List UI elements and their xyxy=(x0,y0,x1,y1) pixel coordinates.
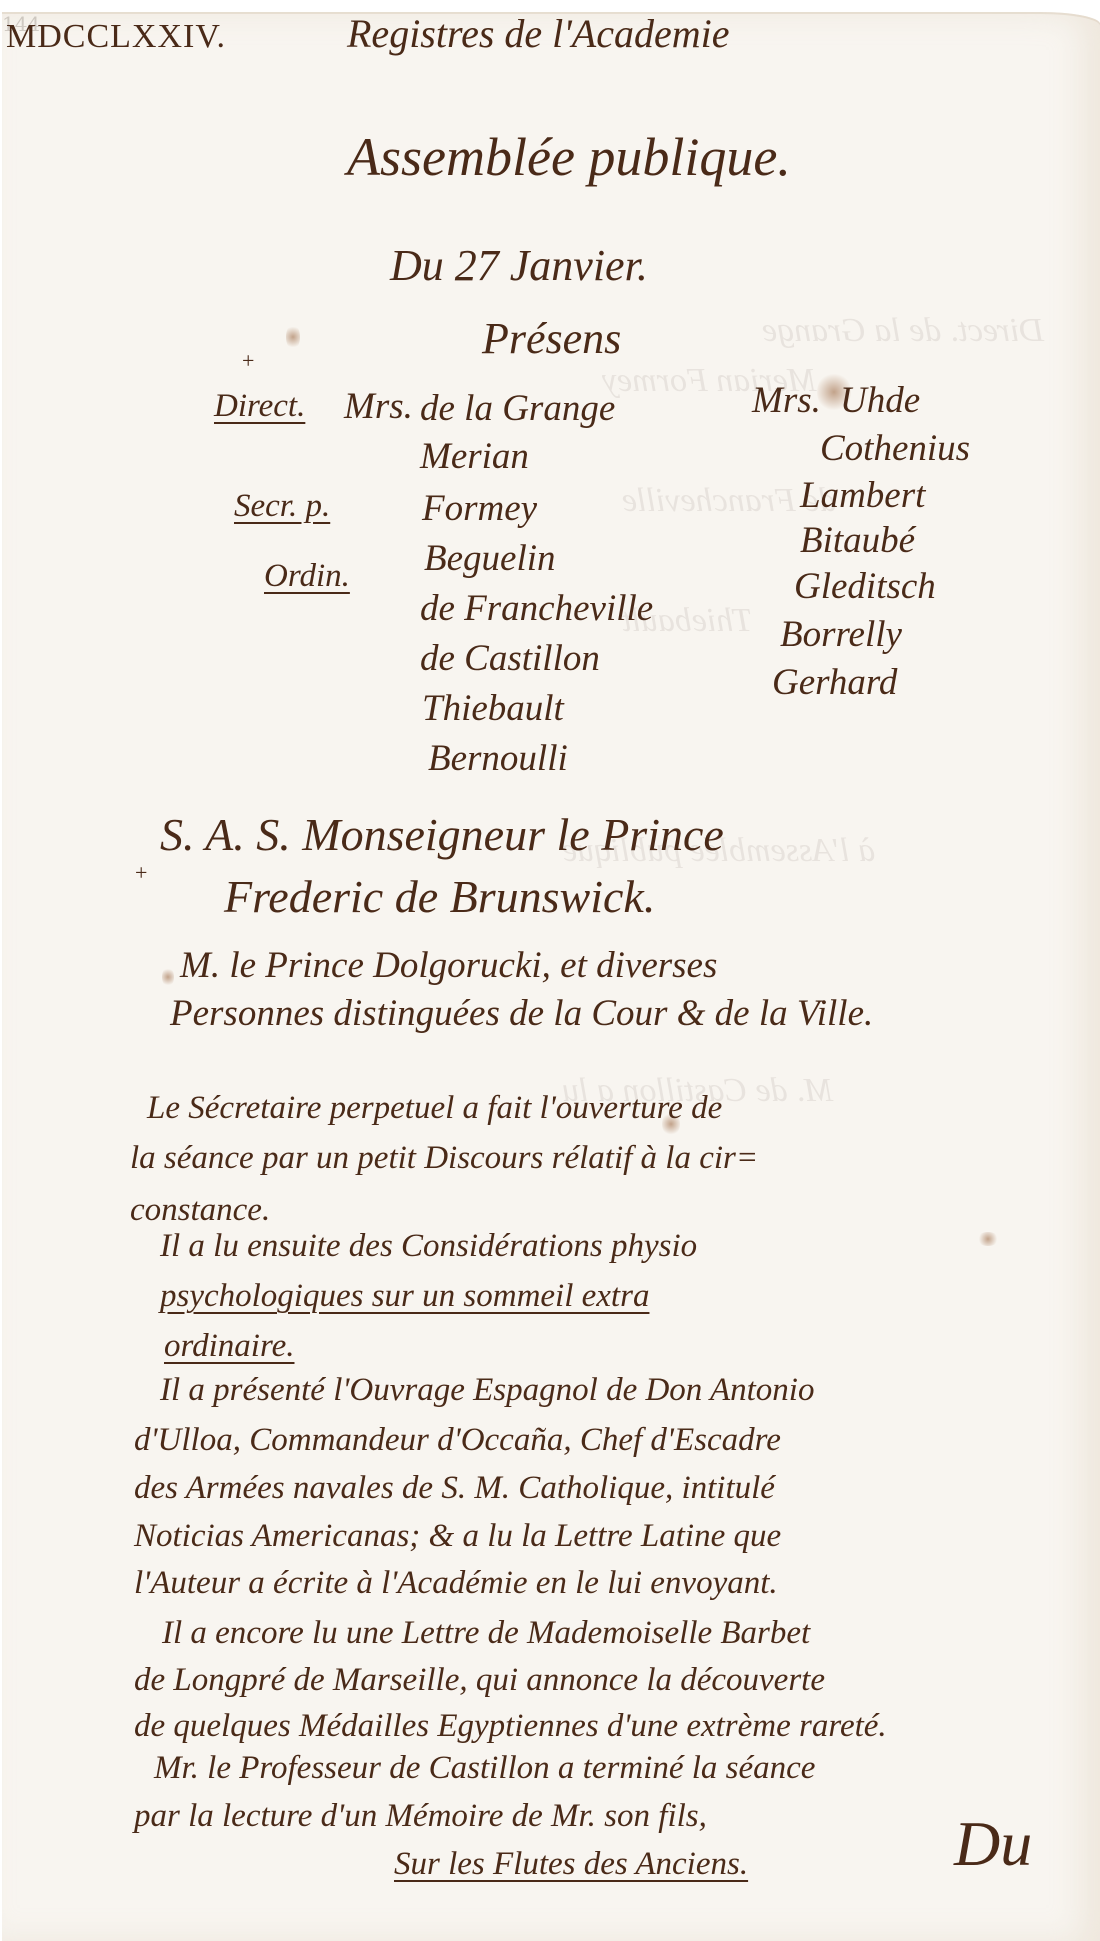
manuscript-page: Direct. de la Grange Merian Formey de Fr… xyxy=(2,12,1100,1941)
member-name: Gleditsch xyxy=(794,568,936,605)
ink-stain xyxy=(977,1232,999,1246)
memoir-title: Sur les Flutes des Anciens. xyxy=(394,1848,748,1881)
minutes-line: Mr. le Professeur de Castillon a terminé… xyxy=(154,1752,815,1785)
ink-stain xyxy=(286,324,300,350)
minutes-line: Le Sécretaire perpetuel a fait l'ouvertu… xyxy=(147,1092,722,1125)
year-heading: MDCCLXXIV. xyxy=(6,20,226,54)
member-name: Gerhard xyxy=(772,664,897,701)
minutes-line: de Longpré de Marseille, qui annonce la … xyxy=(134,1664,825,1697)
member-name: Bernoulli xyxy=(428,740,568,777)
minutes-line: par la lecture d'un Mémoire de Mr. son f… xyxy=(134,1800,707,1833)
minutes-line: Il a présenté l'Ouvrage Espagnol de Don … xyxy=(160,1374,814,1407)
member-name: Lambert xyxy=(800,477,925,514)
member-name: Borrelly xyxy=(780,616,902,653)
meeting-title: Assemblée publique. xyxy=(347,130,791,184)
role-marker: + xyxy=(242,350,254,372)
minutes-line: d'Ulloa, Commandeur d'Occaña, Chef d'Esc… xyxy=(134,1424,781,1457)
role-ordinary: Ordin. xyxy=(264,560,350,593)
member-name: Uhde xyxy=(840,382,920,419)
member-name: de Castillon xyxy=(420,640,600,677)
member-name: de la Grange xyxy=(420,390,615,427)
guest-line: S. A. S. Monseigneur le Prince xyxy=(160,812,724,858)
role-secretary: Secr. p. xyxy=(234,490,330,523)
minutes-line: constance. xyxy=(130,1194,270,1227)
catchword: Du xyxy=(954,1812,1032,1876)
guest-line: Personnes distinguées de la Cour & de la… xyxy=(170,995,873,1032)
role-director: Direct. xyxy=(214,390,305,423)
meeting-date: Du 27 Janvier. xyxy=(390,244,648,288)
guest-line: Frederic de Brunswick. xyxy=(224,874,655,920)
member-name: de Francheville xyxy=(420,590,653,627)
honorific-left: Mrs. xyxy=(344,388,413,425)
member-name: Cothenius xyxy=(820,430,970,467)
minutes-line: la séance par un petit Discours rélatif … xyxy=(130,1142,758,1175)
member-name: Merian xyxy=(420,438,529,475)
minutes-line: de quelques Médailles Egyptiennes d'une … xyxy=(134,1710,887,1743)
running-title: Registres de l'Academie xyxy=(347,14,730,54)
member-name: Beguelin xyxy=(424,540,556,577)
present-label: Présens xyxy=(482,317,621,361)
minutes-line: Noticias Americanas; & a lu la Lettre La… xyxy=(134,1520,781,1553)
minutes-line: l'Auteur a écrite à l'Académie en le lui… xyxy=(134,1567,778,1600)
minutes-line: Il a lu ensuite des Considérations physi… xyxy=(160,1230,697,1263)
minutes-line: des Armées navales de S. M. Catholique, … xyxy=(134,1472,775,1505)
member-name: Bitaubé xyxy=(800,522,915,559)
bleed-through-text: Direct. de la Grange xyxy=(762,312,1044,350)
guest-marker: + xyxy=(135,862,147,884)
guest-line: M. le Prince Dolgorucki, et diverses xyxy=(180,947,717,984)
minutes-line: psychologiques sur un sommeil extra xyxy=(160,1280,649,1313)
minutes-line: ordinaire. xyxy=(164,1330,294,1363)
member-name: Formey xyxy=(422,490,537,527)
honorific-right: Mrs. xyxy=(752,382,821,419)
minutes-line: Il a encore lu une Lettre de Mademoisell… xyxy=(162,1617,810,1650)
ink-stain xyxy=(162,967,174,987)
member-name: Thiebault xyxy=(422,690,564,727)
